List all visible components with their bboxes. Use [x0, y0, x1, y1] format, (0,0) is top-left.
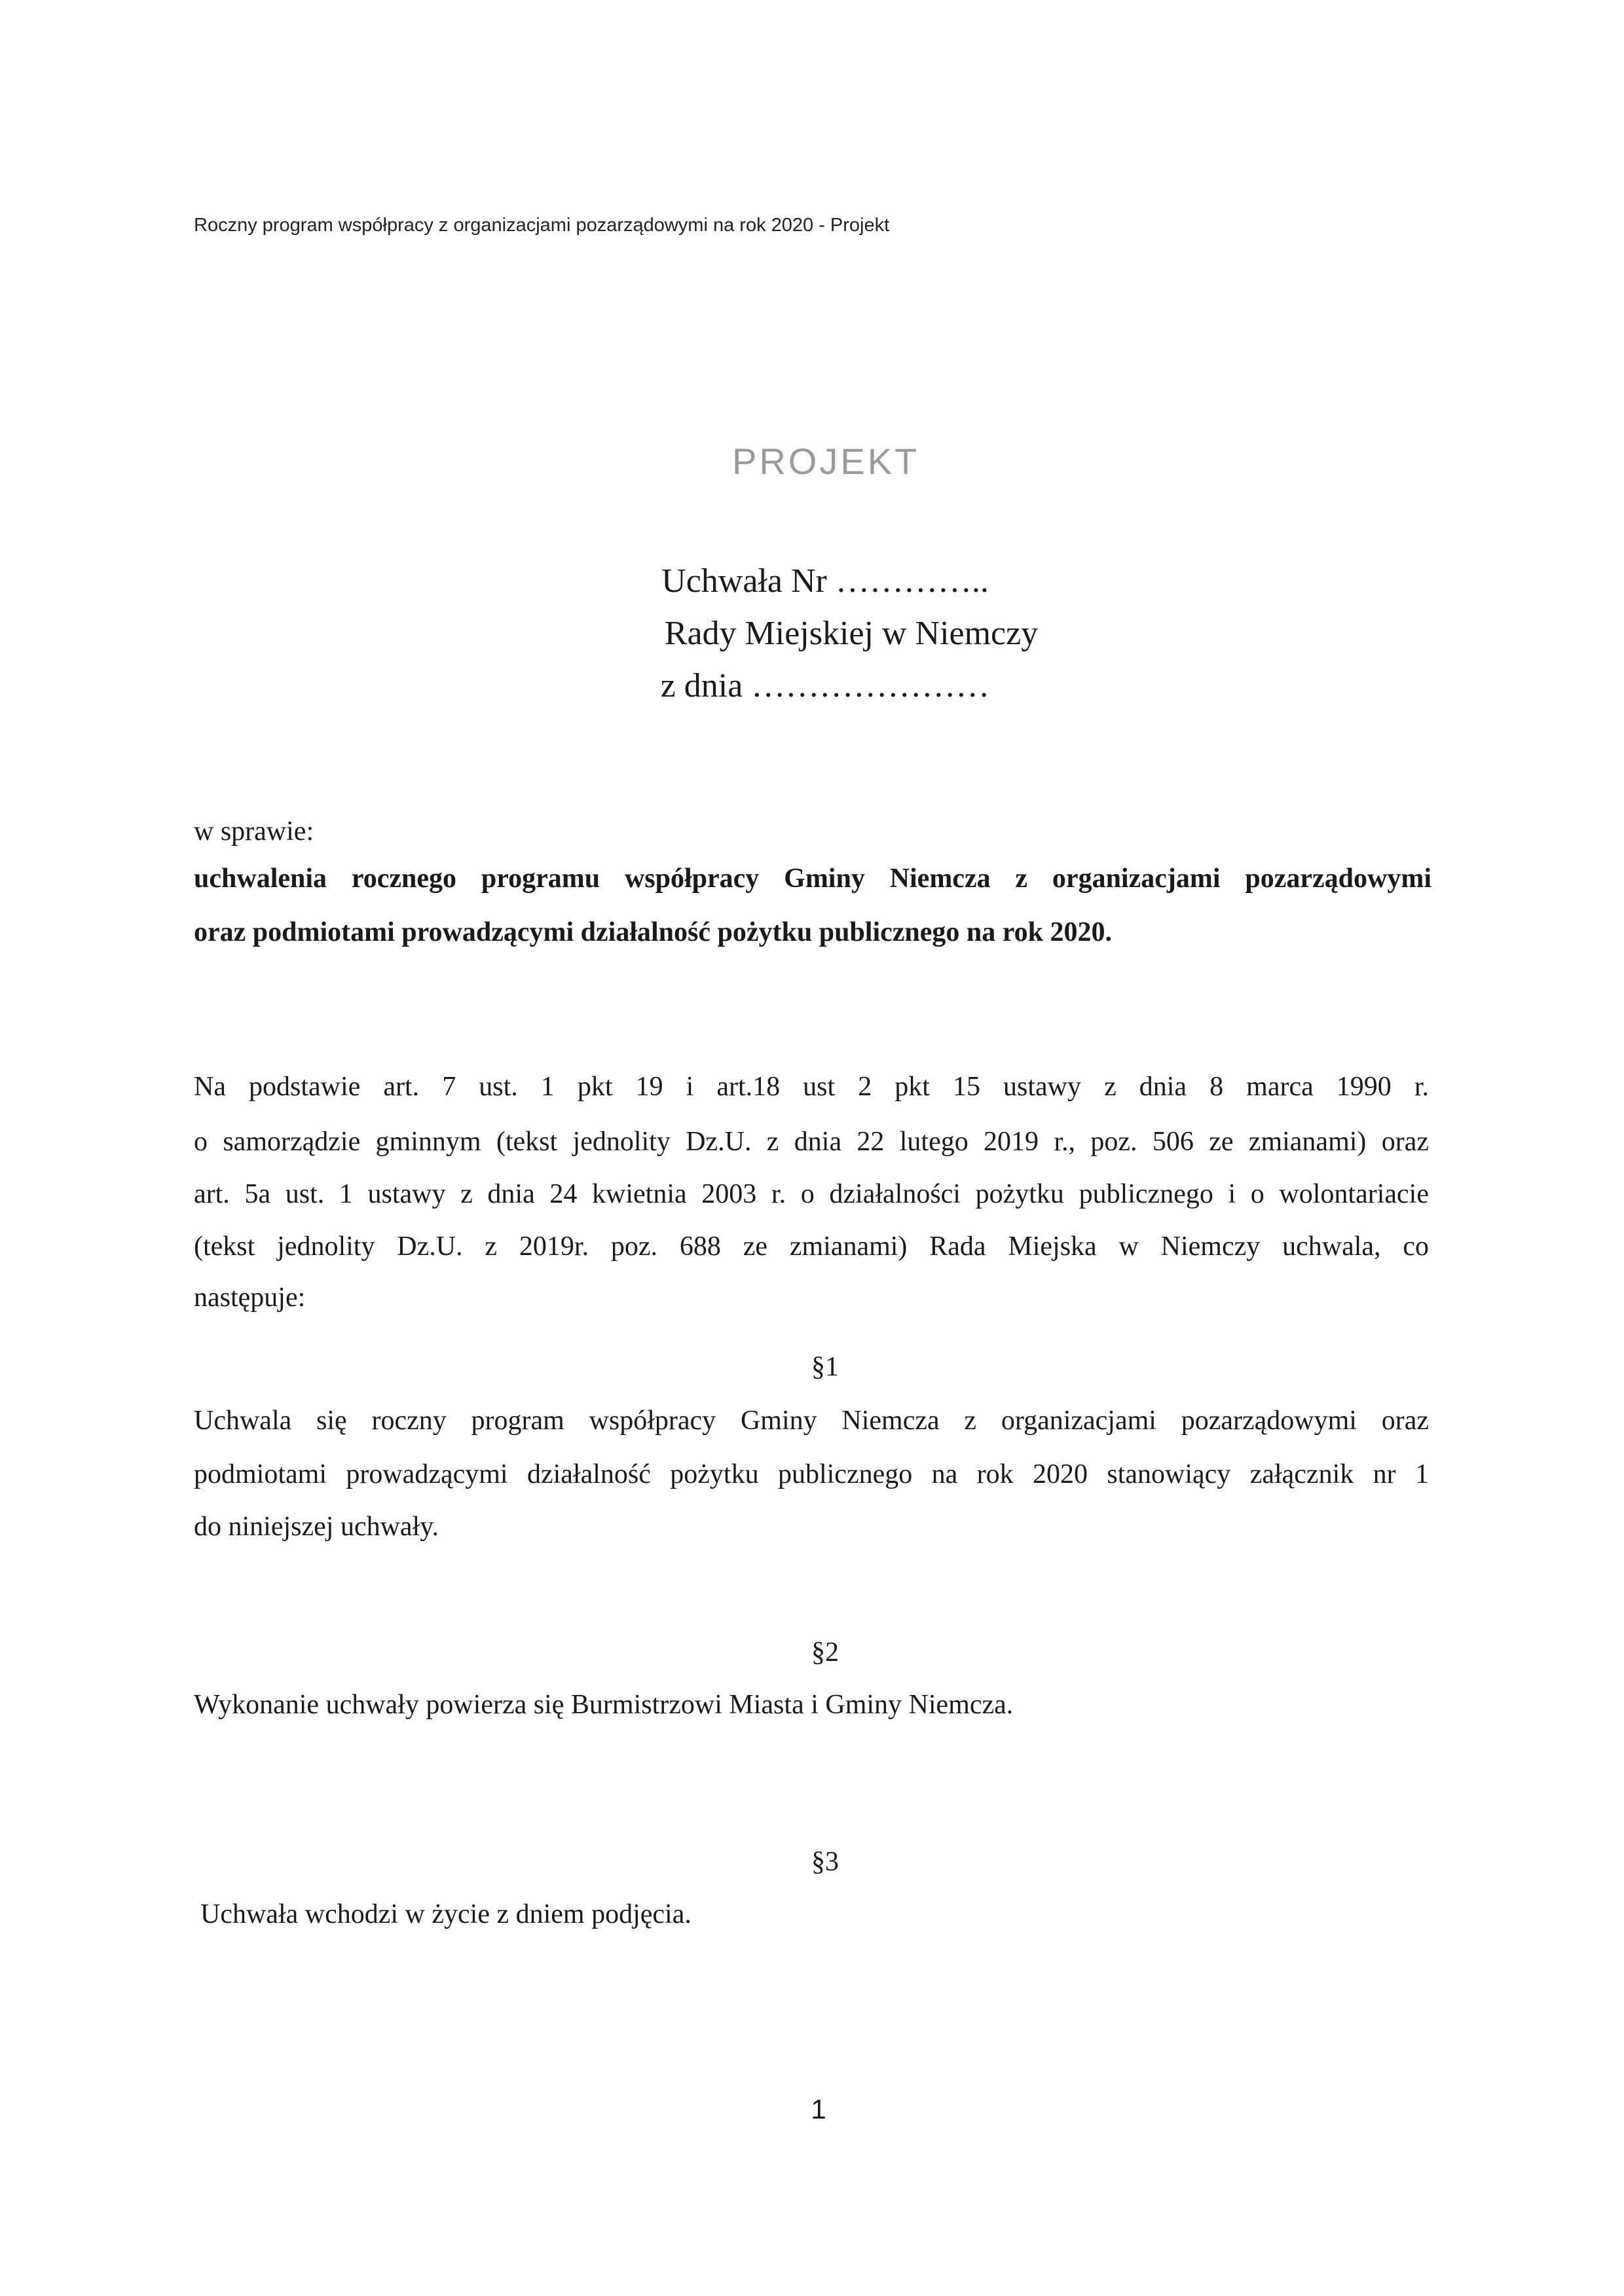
preamble-line: o samorządzie gminnym (tekst jednolity D…: [194, 1126, 1429, 1157]
page-number: 1: [0, 2094, 1624, 2125]
section-2-line: Wykonanie uchwały powierza się Burmistrz…: [194, 1689, 1013, 1721]
section-1-line: Uchwala się roczny program współpracy Gm…: [194, 1405, 1429, 1436]
section-1-line: podmiotami prowadzącymi działalność poży…: [194, 1459, 1429, 1490]
subject-line-2: oraz podmiotami prowadzącymi działalność…: [194, 917, 1112, 948]
preamble-line: Na podstawie art. 7 ust. 1 pkt 19 i art.…: [194, 1071, 1429, 1102]
council-name: Rady Miejskiej w Niemczy: [0, 614, 1624, 653]
section-symbol-3: §3: [0, 1846, 1624, 1878]
subject-line-1: uchwalenia rocznego programu współpracy …: [194, 863, 1431, 894]
preamble-line: art. 5a ust. 1 ustawy z dnia 24 kwietnia…: [194, 1178, 1429, 1210]
resolution-number: Uchwała Nr …………..: [0, 562, 1624, 600]
document-page: Roczny program współpracy z organizacjam…: [0, 0, 1624, 2296]
section-1-line: do niniejszej uchwały.: [194, 1511, 1429, 1542]
resolution-date: z dnia …………………: [0, 666, 1624, 705]
subject-label: w sprawie:: [194, 816, 314, 847]
project-stamp: PROJEKT: [732, 440, 919, 483]
section-symbol-2: §2: [0, 1637, 1624, 1668]
section-symbol-1: §1: [0, 1351, 1624, 1383]
running-header: Roczny program współpracy z organizacjam…: [194, 215, 889, 236]
preamble-line: następuje:: [194, 1282, 1429, 1313]
preamble-line: (tekst jednolity Dz.U. z 2019r. poz. 688…: [194, 1231, 1429, 1262]
section-3-line: Uchwała wchodzi w życie z dniem podjęcia…: [200, 1899, 692, 1930]
